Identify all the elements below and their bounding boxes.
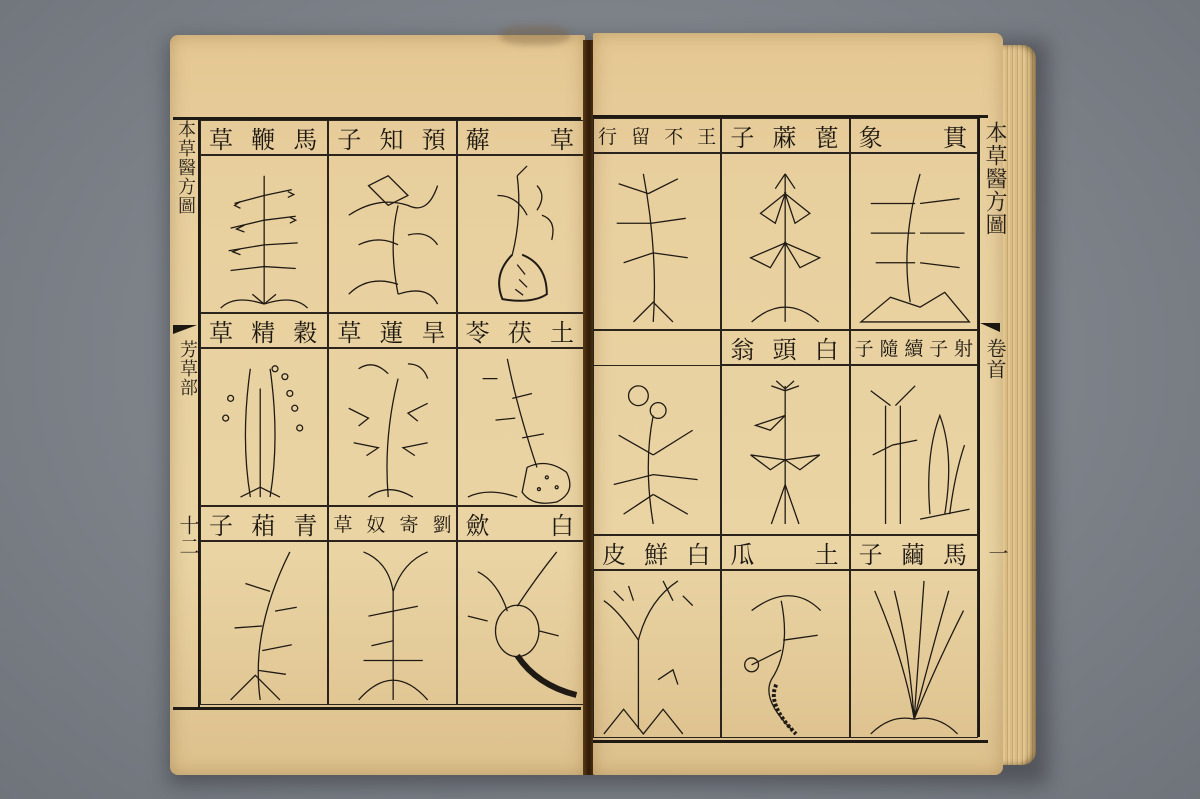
plant-label: 翁頭白 (722, 331, 848, 364)
label-cell: 子隨續子射 (850, 330, 978, 365)
plant-illustration (850, 570, 978, 738)
label-char: 子 (929, 334, 948, 361)
label-cell: 草精穀 (200, 313, 328, 348)
right-page: 本草醫方圖 卷首 一 行留不王 子蔴蓖 象貫 翁頭白 子隨續子射 皮鮮白 瓜土 … (593, 33, 1003, 775)
plant-illustration (593, 365, 721, 535)
label-char: 土 (550, 313, 576, 348)
label-char: 白 (550, 506, 576, 541)
label-char: 馬 (293, 120, 319, 155)
label-char: 子 (337, 120, 363, 155)
label-cell: 皮鮮白 (593, 535, 721, 570)
label-char: 蔴 (772, 118, 798, 153)
label-cell: 草蓮旱 (328, 313, 456, 348)
right-page-number: 一 (983, 543, 1012, 564)
plant-label: 草精穀 (201, 314, 327, 347)
plant-label: 瓜土 (722, 536, 848, 569)
label-cell: 草奴寄劉 (328, 506, 456, 541)
label-char: 茯 (508, 313, 534, 348)
plant-illustration (721, 365, 849, 535)
plant-label: 行留不王 (594, 119, 720, 152)
label-char: 鞭 (251, 120, 277, 155)
label-cell: 薢草 (457, 120, 585, 155)
label-char: 行 (598, 122, 617, 149)
label-cell: 象貫 (850, 118, 978, 153)
right-grid: 行留不王 子蔴蓖 象貫 翁頭白 子隨續子射 皮鮮白 瓜土 子繭馬 (593, 118, 978, 738)
label-char: 鮮 (644, 535, 670, 570)
plant-illustration (200, 155, 328, 313)
plant-label: 子知預 (329, 121, 455, 154)
label-char: 射 (954, 334, 973, 361)
plant-label: 子蔴蓖 (722, 119, 848, 152)
label-char: 劉 (433, 510, 452, 537)
label-char: 歛 (466, 506, 492, 541)
label-cell: 瓜土 (721, 535, 849, 570)
plant-illustration (200, 348, 328, 506)
label-char: 寄 (400, 510, 419, 537)
label-char: 蓖 (815, 118, 841, 153)
plant-label: 歛白 (458, 507, 584, 540)
plant-label: 草鞭馬 (201, 121, 327, 154)
label-cell: 行留不王 (593, 118, 721, 153)
right-margin-volume: 卷首 (981, 338, 1010, 380)
plant-illustration (721, 570, 849, 738)
label-char: 草 (550, 120, 576, 155)
label-char: 預 (422, 120, 448, 155)
plant-label: 皮鮮白 (594, 536, 720, 569)
label-cell: 子繭馬 (850, 535, 978, 570)
label-char: 翁 (730, 330, 756, 365)
label-char: 知 (379, 120, 405, 155)
label-char: 子 (209, 506, 235, 541)
left-grid: 草鞭馬 子知預 薢草 草精穀 草蓮旱 苓茯土 子葙青 草奴寄劉 歛白 (200, 120, 585, 705)
label-char: 草 (209, 313, 235, 348)
left-page: 本草醫方圖 芳草部 十二 草鞭馬 子知預 薢草 草精穀 草蓮旱 苓茯土 子葙青 … (170, 35, 585, 775)
label-char: 繭 (901, 535, 927, 570)
label-cell: 歛白 (457, 506, 585, 541)
plant-label: 薢草 (458, 121, 584, 154)
label-cell: 草鞭馬 (200, 120, 328, 155)
label-char: 瓜 (730, 535, 756, 570)
label-char: 子 (859, 535, 885, 570)
plant-illustration (457, 541, 585, 705)
plant-label: 子繭馬 (851, 536, 977, 569)
plant-illustration (593, 153, 721, 330)
fish-tail-mark (980, 323, 1000, 332)
plant-illustration (328, 155, 456, 313)
label-char: 象 (859, 118, 885, 153)
label-char: 馬 (943, 535, 969, 570)
label-char: 白 (815, 330, 841, 365)
label-char: 隨 (879, 334, 898, 361)
plant-label: 草蓮旱 (329, 314, 455, 347)
label-char: 奴 (366, 510, 385, 537)
label-char: 草 (333, 510, 352, 537)
label-char: 王 (697, 122, 716, 149)
label-char: 苓 (466, 313, 492, 348)
plant-illustration (457, 348, 585, 506)
label-char: 白 (686, 535, 712, 570)
plant-illustration (850, 153, 978, 330)
plant-illustration (328, 348, 456, 506)
plant-label: 子隨續子射 (851, 331, 977, 364)
stain (500, 25, 570, 45)
label-cell: 子蔴蓖 (721, 118, 849, 153)
label-char: 蓮 (379, 313, 405, 348)
plant-illustration (721, 153, 849, 330)
label-char: 頭 (772, 330, 798, 365)
plant-label: 草奴寄劉 (329, 507, 455, 540)
label-char: 旱 (422, 313, 448, 348)
plant-illustration (850, 365, 978, 535)
label-char: 精 (251, 313, 277, 348)
plant-label: 子葙青 (201, 507, 327, 540)
label-cell: 子知預 (328, 120, 456, 155)
label-char: 草 (337, 313, 363, 348)
label-char: 子 (855, 334, 874, 361)
label-cell (593, 330, 721, 365)
plant-label (594, 331, 720, 365)
label-char: 皮 (602, 535, 628, 570)
label-cell: 翁頭白 (721, 330, 849, 365)
label-char: 土 (815, 535, 841, 570)
label-char: 續 (904, 334, 923, 361)
plant-illustration (457, 155, 585, 313)
plant-illustration (200, 541, 328, 705)
label-char: 不 (664, 122, 683, 149)
label-char: 青 (293, 506, 319, 541)
label-char: 貫 (943, 118, 969, 153)
label-char: 子 (730, 118, 756, 153)
label-char: 穀 (293, 313, 319, 348)
label-cell: 苓茯土 (457, 313, 585, 348)
label-char: 葙 (251, 506, 277, 541)
label-char: 留 (631, 122, 650, 149)
plant-illustration (328, 541, 456, 705)
right-margin-title: 本草醫方圖 (979, 121, 1010, 236)
label-char: 薢 (466, 120, 492, 155)
label-char: 草 (209, 120, 235, 155)
plant-illustration (593, 570, 721, 738)
plant-label: 苓茯土 (458, 314, 584, 347)
label-cell: 子葙青 (200, 506, 328, 541)
plant-label: 象貫 (851, 119, 977, 152)
